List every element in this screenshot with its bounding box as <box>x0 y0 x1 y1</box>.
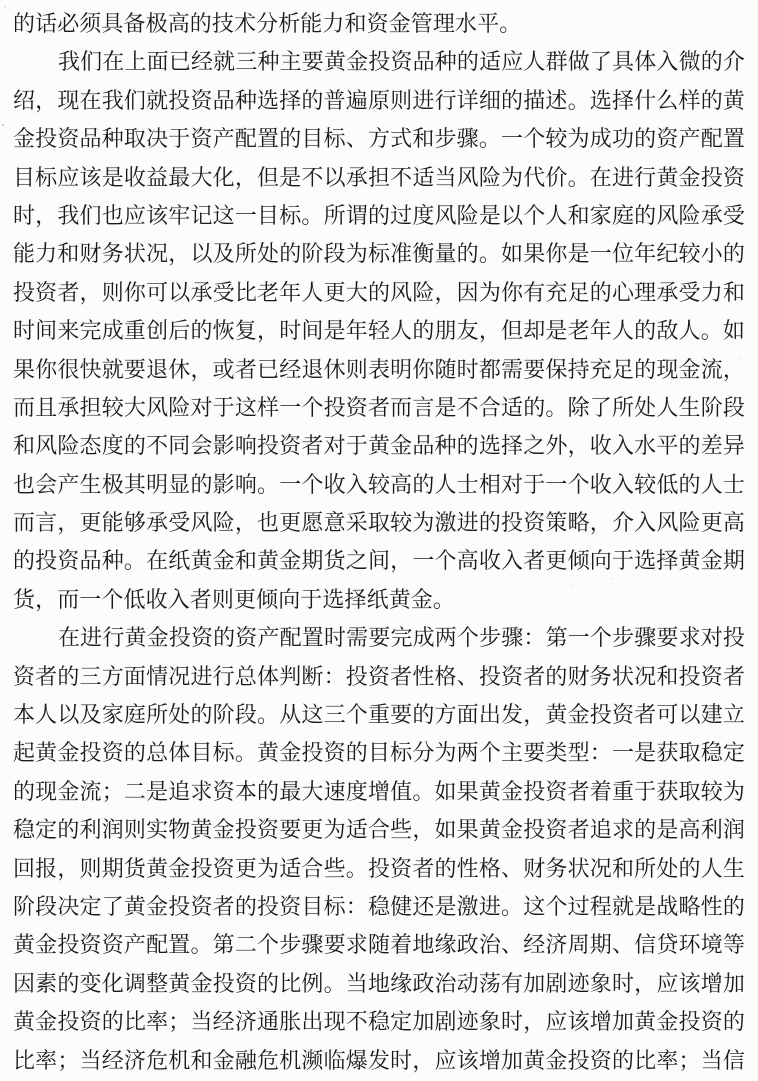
text-line: 在进行黄金投资的资产配置时需要完成两个步骤：第一个步骤要求对投 <box>13 619 745 657</box>
text-line: 绍，现在我们就投资品种选择的普遍原则进行详细的描述。选择什么样的黄 <box>13 82 745 120</box>
text-line: 时，我们也应该牢记这一目标。所谓的过度风险是以个人和家庭的风险承受 <box>13 197 745 235</box>
text-line: 的现金流；二是追求资本的最大速度增值。如果黄金投资者着重于获取较为 <box>13 773 745 811</box>
text-line: 投资者，则你可以承受比老年人更大的风险，因为你有充足的心理承受力和 <box>13 274 745 312</box>
text-line: 比率；当经济危机和金融危机濒临爆发时，应该增加黄金投资的比率；当信 <box>13 1042 745 1080</box>
text-line: 金投资品种取决于资产配置的目标、方式和步骤。一个较为成功的资产配置 <box>13 120 745 158</box>
text-line: 果你很快就要退休，或者已经退休则表明你随时都需要保持充足的现金流， <box>13 351 745 389</box>
text-line: 黄金投资资产配置。第二个步骤要求随着地缘政治、经济周期、信贷环境等 <box>13 926 745 964</box>
text-line: 起黄金投资的总体目标。黄金投资的目标分为两个主要类型：一是获取稳定 <box>13 734 745 772</box>
paragraph: 的话必须具备极高的技术分析能力和资金管理水平。 <box>13 5 745 43</box>
text-line: 也会产生极其明显的影响。一个收入较高的人士相对于一个收入较低的人士 <box>13 466 745 504</box>
text-line: 阶段决定了黄金投资者的投资目标：稳健还是激进。这个过程就是战略性的 <box>13 888 745 926</box>
text-line: 时间来完成重创后的恢复，时间是年轻人的朋友，但却是老年人的敌人。如 <box>13 312 745 350</box>
text-line: 因素的变化调整黄金投资的比例。当地缘政治动荡有加剧迹象时，应该增加 <box>13 965 745 1003</box>
page: 的话必须具备极高的技术分析能力和资金管理水平。 我们在上面已经就三种主要黄金投资… <box>0 0 758 1081</box>
paragraph: 在进行黄金投资的资产配置时需要完成两个步骤：第一个步骤要求对投 资者的三方面情况… <box>13 619 745 1080</box>
text-line: 而且承担较大风险对于这样一个投资者而言是不合适的。除了所处人生阶段 <box>13 389 745 427</box>
paragraph: 我们在上面已经就三种主要黄金投资品种的适应人群做了具体入微的介 绍，现在我们就投… <box>13 43 745 619</box>
scan-noise <box>4 6 6 8</box>
text-line: 资者的三方面情况进行总体判断：投资者性格、投资者的财务状况和投资者 <box>13 658 745 696</box>
text-line: 黄金投资的比率；当经济通胀出现不稳定加剧迹象时，应该增加黄金投资的 <box>13 1003 745 1041</box>
text-line: 的投资品种。在纸黄金和黄金期货之间，一个高收入者更倾向于选择黄金期 <box>13 542 745 580</box>
text-line: 和风险态度的不同会影响投资者对于黄金品种的选择之外，收入水平的差异 <box>13 427 745 465</box>
text-line: 本人以及家庭所处的阶段。从这三个重要的方面出发，黄金投资者可以建立 <box>13 696 745 734</box>
text-line: 我们在上面已经就三种主要黄金投资品种的适应人群做了具体入微的介 <box>13 43 745 81</box>
text-line: 的话必须具备极高的技术分析能力和资金管理水平。 <box>13 5 745 43</box>
text-line: 而言，更能够承受风险，也更愿意采取较为激进的投资策略，介入风险更高 <box>13 504 745 542</box>
text-line: 回报，则期货黄金投资更为适合些。投资者的性格、财务状况和所处的人生 <box>13 850 745 888</box>
text-line: 目标应该是收益最大化，但是不以承担不适当风险为代价。在进行黄金投资 <box>13 159 745 197</box>
text-line: 能力和财务状况，以及所处的阶段为标准衡量的。如果你是一位年纪较小的 <box>13 235 745 273</box>
text-line: 稳定的利润则实物黄金投资要更为适合些，如果黄金投资者追求的是高利润 <box>13 811 745 849</box>
text-line: 货，而一个低收入者则更倾向于选择纸黄金。 <box>13 581 745 619</box>
